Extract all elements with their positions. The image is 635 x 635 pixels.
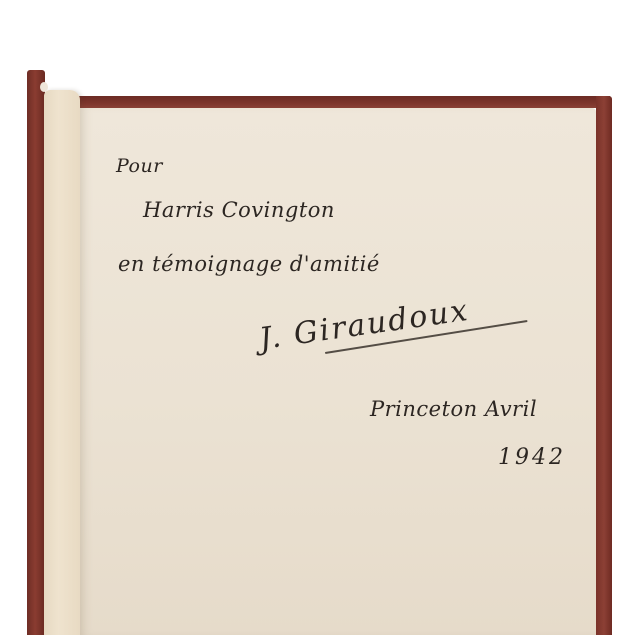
inscription-year: 1942 bbox=[498, 445, 566, 470]
book-top-board-edge bbox=[70, 96, 610, 108]
inscription-line-dedication: en témoignage d'amitié bbox=[118, 252, 380, 276]
spine-highlight bbox=[40, 82, 48, 92]
book-photo: Pour Harris Covington en témoignage d'am… bbox=[0, 0, 635, 635]
book-right-board-edge bbox=[596, 96, 612, 635]
inscription-line-recipient: Harris Covington bbox=[143, 198, 335, 222]
flyleaf-hinge bbox=[44, 90, 80, 635]
endpaper-page bbox=[80, 108, 596, 635]
inscription-line-pour: Pour bbox=[116, 155, 163, 177]
book-spine-board bbox=[27, 70, 45, 635]
inscription-place-month: Princeton Avril bbox=[370, 397, 537, 421]
